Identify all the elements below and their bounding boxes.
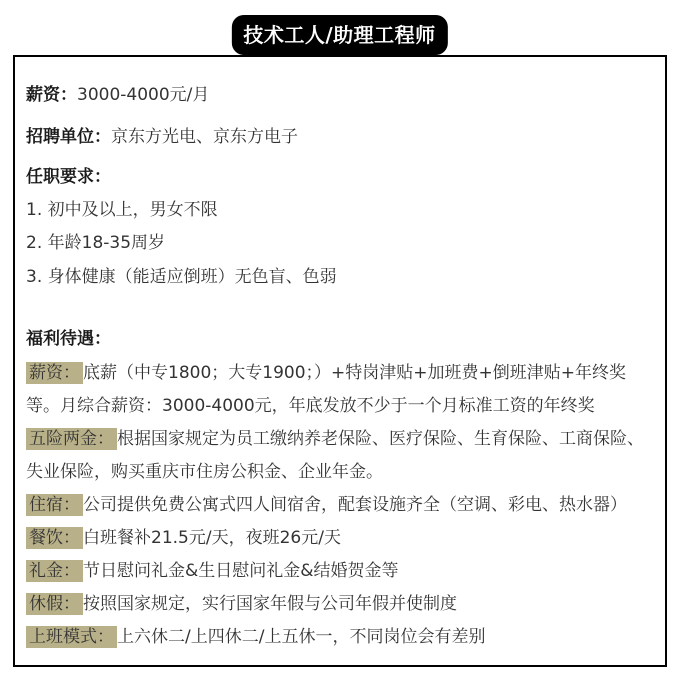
benefit-text: 根据国家规定为员工缴纳养老保险、医疗保险、生育保险、工商保险、失业保险，购买重庆… [26, 429, 644, 482]
benefit-text: 底薪（中专1800；大专1900；）+特岗津贴+加班费+倒班津贴+年终奖等。月综… [26, 363, 626, 416]
benefit-row-gifts: 礼金：节日慰问礼金&生日慰问礼金&结婚贺金等 [26, 555, 653, 588]
job-title-badge: 技术工人/助理工程师 [231, 15, 447, 55]
salary-value: 3000-4000元/月 [77, 85, 209, 105]
benefit-text: 公司提供免费公寓式四人间宿舍，配套设施齐全（空调、彩电、热水器） [83, 495, 627, 515]
benefit-label-highlight: 上班模式： [26, 626, 117, 648]
benefit-text: 按照国家规定，实行国家年假与公司年假并使制度 [83, 594, 457, 614]
employer-value: 京东方光电、京东方电子 [111, 127, 298, 147]
job-posting-panel: 薪资：3000-4000元/月 招聘单位：京东方光电、京东方电子 任职要求： 1… [13, 55, 667, 667]
employer-label: 招聘单位： [26, 127, 111, 147]
requirement-item: 3. 身体健康（能适应倒班）无色盲、色弱 [26, 265, 653, 289]
salary-row: 薪资：3000-4000元/月 [26, 83, 653, 107]
benefit-text: 节日慰问礼金&生日慰问礼金&结婚贺金等 [83, 561, 399, 581]
benefit-label-highlight: 礼金： [26, 560, 83, 582]
benefit-label-highlight: 薪资： [26, 362, 83, 384]
employer-row: 招聘单位：京东方光电、京东方电子 [26, 125, 653, 149]
benefit-text: 上六休二/上四休二/上五休一，不同岗位会有差别 [117, 627, 485, 647]
requirement-item: 2. 年龄18-35周岁 [26, 231, 653, 255]
benefit-row-vacation: 休假：按照国家规定，实行国家年假与公司年假并使制度 [26, 588, 653, 621]
job-title: 技术工人/助理工程师 [243, 23, 435, 47]
benefit-label-highlight: 五险两金： [26, 428, 117, 450]
benefit-row-insurance: 五险两金：根据国家规定为员工缴纳养老保险、医疗保险、生育保险、工商保险、失业保险… [26, 423, 653, 489]
salary-label: 薪资： [26, 85, 77, 105]
benefit-row-salary: 薪资：底薪（中专1800；大专1900；）+特岗津贴+加班费+倒班津贴+年终奖等… [26, 357, 653, 423]
requirement-item: 1. 初中及以上，男女不限 [26, 198, 653, 222]
benefit-text: 白班餐补21.5元/天，夜班26元/天 [83, 528, 341, 548]
benefit-row-schedule: 上班模式：上六休二/上四休二/上五休一，不同岗位会有差别 [26, 621, 653, 654]
benefit-row-meals: 餐饮：白班餐补21.5元/天，夜班26元/天 [26, 522, 653, 555]
requirements-heading: 任职要求： [26, 165, 653, 189]
benefits-heading: 福利待遇： [26, 327, 653, 351]
benefit-label-highlight: 休假： [26, 593, 83, 615]
benefit-label-highlight: 餐饮： [26, 527, 83, 549]
benefit-label-highlight: 住宿： [26, 494, 83, 516]
benefit-row-housing: 住宿：公司提供免费公寓式四人间宿舍，配套设施齐全（空调、彩电、热水器） [26, 489, 653, 522]
